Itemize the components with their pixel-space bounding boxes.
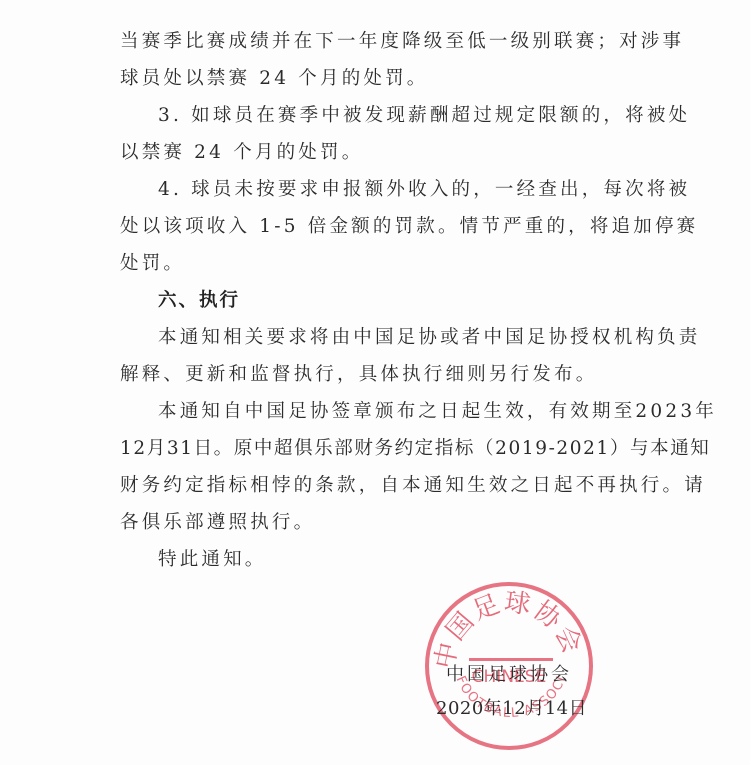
signature-date: 2020年12月14日 bbox=[436, 694, 587, 720]
body-text-line: 本通知自中国足协签章颁布之日起生效，有效期至2023年 bbox=[158, 400, 717, 424]
body-text-line: 处罚。 bbox=[120, 252, 185, 276]
signature-organization: 中国足球协会 bbox=[446, 660, 572, 686]
body-text-line: 各俱乐部遵照执行。 bbox=[120, 511, 315, 535]
body-text-line: 财务约定指标相悖的条款，自本通知生效之日起不再执行。请 bbox=[120, 474, 706, 498]
body-text-line: 本通知相关要求将由中国足协或者中国足协授权机构负责 bbox=[158, 326, 701, 350]
document-page: 当赛季比赛成绩并在下一年度降级至低一级别联赛；对涉事 球员处以禁赛 24 个月的… bbox=[0, 0, 750, 765]
body-text-line: 解释、更新和监督执行，具体执行细则另行发布。 bbox=[120, 363, 597, 387]
body-text-line: 当赛季比赛成绩并在下一年度降级至低一级别联赛；对涉事 bbox=[120, 30, 684, 54]
body-text-line: 处以该项收入 1-5 倍金额的罚款。情节严重的，将追加停赛 bbox=[120, 215, 698, 239]
body-text-line: 球员处以禁赛 24 个月的处罚。 bbox=[120, 67, 429, 91]
closing-text: 特此通知。 bbox=[158, 548, 267, 572]
clause-3: 3. 如球员在赛季中被发现薪酬超过规定限额的，将被处 bbox=[158, 104, 690, 128]
clause-4: 4. 球员未按要求申报额外收入的，一经查出，每次将被 bbox=[158, 178, 690, 202]
section-heading-execution: 六、执行 bbox=[158, 289, 240, 313]
body-text-line: 以禁赛 24 个月的处罚。 bbox=[120, 141, 363, 165]
body-text-line: 12月31日。原中超俱乐部财务约定指标（2019-2021）与本通知 bbox=[120, 437, 710, 461]
